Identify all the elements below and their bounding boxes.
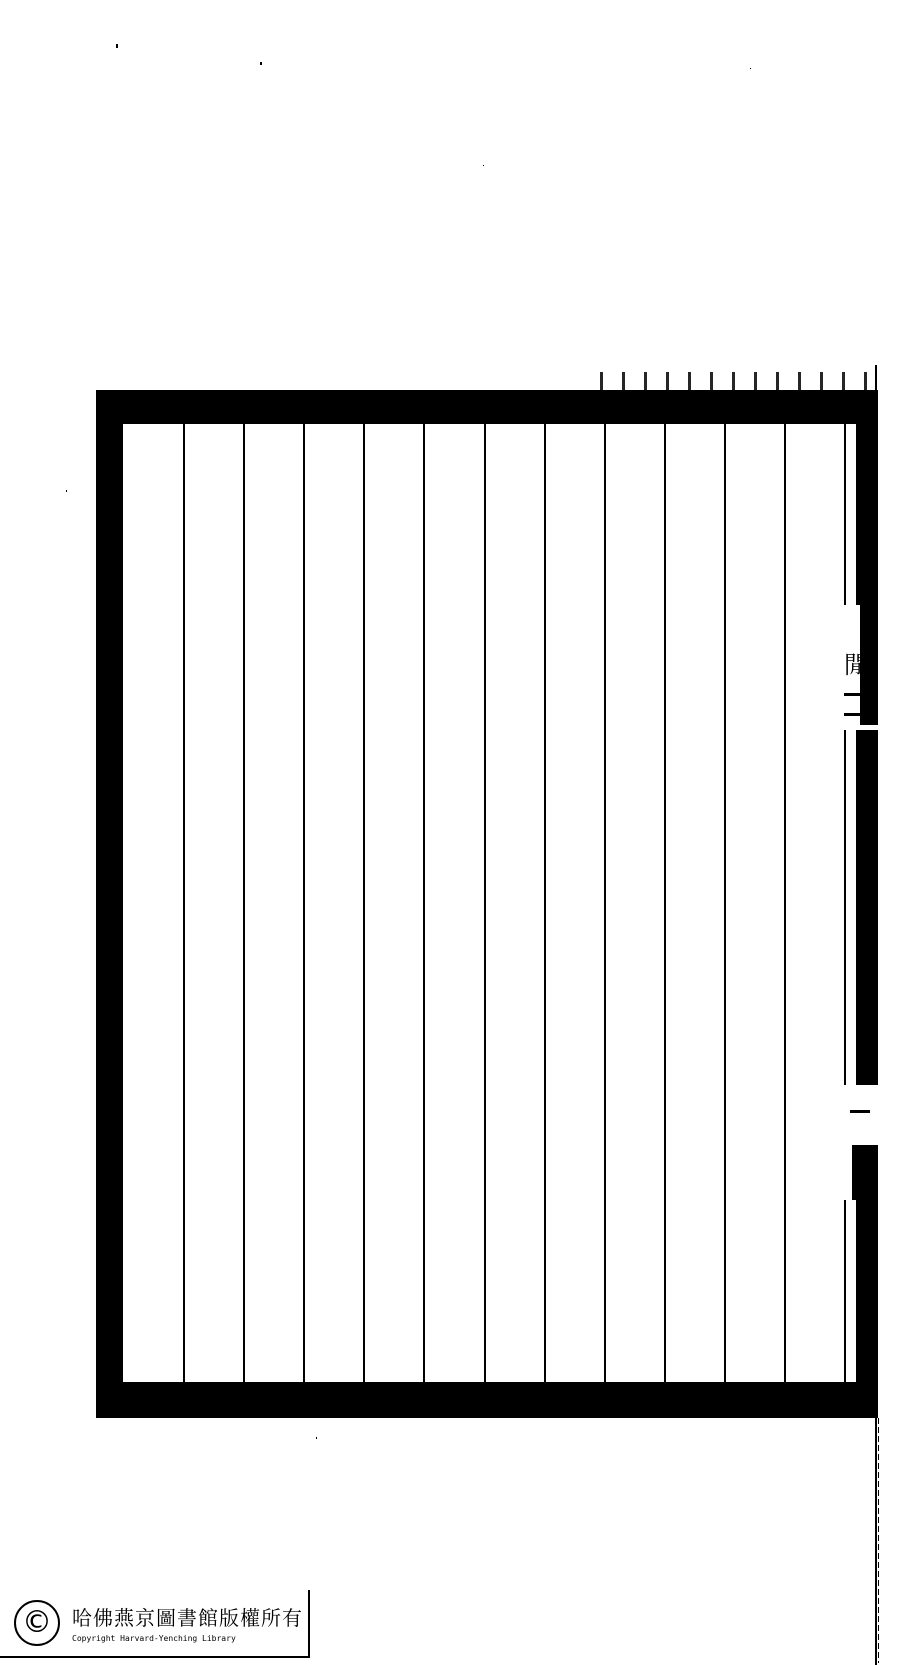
column-rule bbox=[243, 424, 245, 1382]
column-rule bbox=[303, 424, 305, 1382]
column-rule bbox=[784, 424, 786, 1382]
fold-column bbox=[844, 424, 856, 1382]
copyright-en-text: Copyright Harvard-Yenching Library bbox=[72, 1634, 236, 1643]
frame-top-ragged-edge bbox=[600, 372, 878, 392]
copyright-zh-text: 哈佛燕京圖書館版權所有 bbox=[72, 1602, 303, 1631]
fold-mark bbox=[844, 693, 868, 696]
column-rule bbox=[484, 424, 486, 1382]
fishtail-lower-block bbox=[852, 1145, 878, 1200]
speck bbox=[750, 68, 751, 69]
column-rule bbox=[423, 424, 425, 1382]
page-right-edge-broken bbox=[878, 1418, 879, 1663]
column-rule bbox=[664, 424, 666, 1382]
column-rule bbox=[604, 424, 606, 1382]
column-rule bbox=[544, 424, 546, 1382]
speck bbox=[483, 165, 484, 166]
fold-column-label: 閒 bbox=[844, 653, 868, 677]
text-block bbox=[123, 424, 856, 1382]
column-rule bbox=[724, 424, 726, 1382]
copyright-icon: © bbox=[14, 1600, 60, 1646]
fold-mark bbox=[844, 713, 868, 716]
fishtail-lower bbox=[842, 1085, 878, 1200]
column-rule bbox=[363, 424, 365, 1382]
fishtail-upper: 閒 bbox=[842, 605, 878, 730]
speck bbox=[116, 44, 118, 48]
copyright-stamp: © 哈佛燕京圖書館版權所有 Copyright Harvard-Yenching… bbox=[0, 1590, 310, 1658]
speck bbox=[316, 1437, 317, 1439]
column-rule bbox=[183, 424, 185, 1382]
fold-mark bbox=[850, 1110, 870, 1113]
speck bbox=[66, 490, 67, 492]
speck bbox=[260, 62, 262, 65]
